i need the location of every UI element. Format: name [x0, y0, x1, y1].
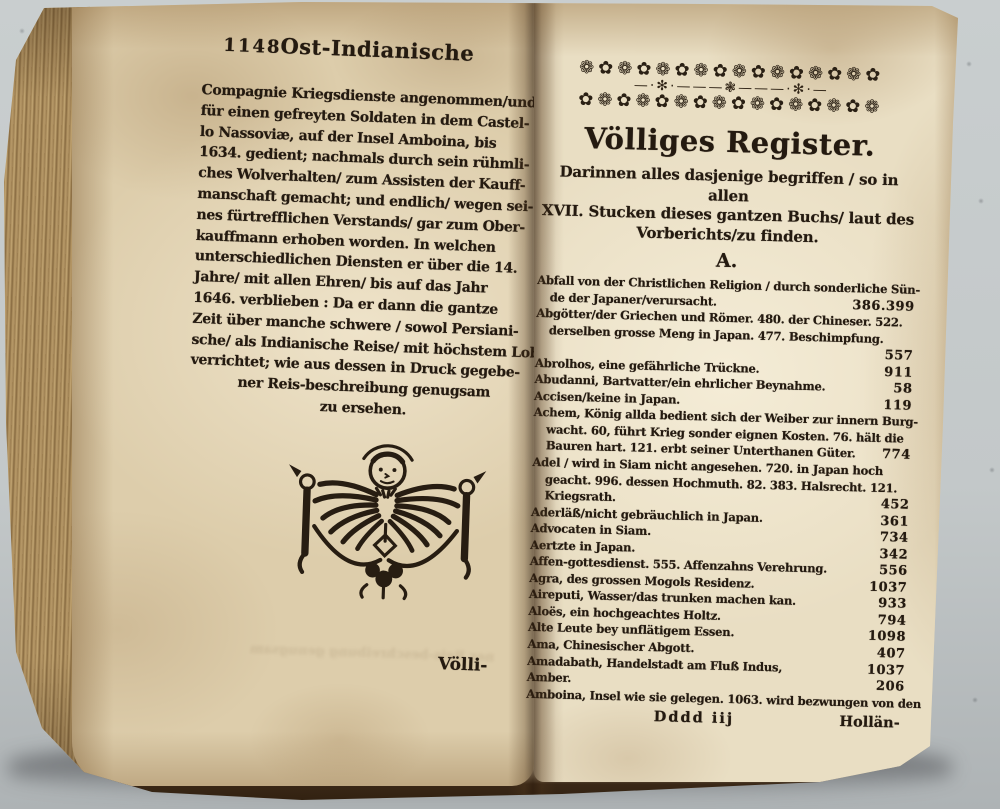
index-entry-text: Ama, Chinesischer Abgott.	[527, 637, 694, 655]
index-page-number: 933	[872, 596, 907, 612]
index-page-number: 119	[877, 398, 912, 414]
index-page-number: 342	[873, 547, 908, 563]
headpiece-ornament: ❁✿❁✿❁✿❁✿❁✿❁✿❁✿❁✿ —·✻·———❃———·✻·— ✿❁✿❁✿❁✿…	[542, 58, 921, 118]
index-entry-text: Advocaten in Siam.	[531, 521, 652, 538]
index-page-number: 206	[870, 679, 905, 695]
index-page-number: 794	[872, 613, 907, 629]
left-body-paragraph: Compagnie Kriegsdienste angenommen/und f…	[189, 80, 550, 426]
index-entry-text: Kriegsrath.	[531, 488, 616, 504]
index-page-number: 1037	[861, 662, 906, 678]
book-photo-scene: 1148 Ost-Indianische Compagnie Kriegsdie…	[0, 0, 1000, 809]
index-entry-text: Aertzte in Japan.	[530, 538, 635, 555]
open-book: 1148 Ost-Indianische Compagnie Kriegsdie…	[2, 2, 960, 804]
index-page-number: 557	[878, 348, 913, 364]
right-page: ❁✿❁✿❁✿❁✿❁✿❁✿❁✿❁✿ —·✻·———❃———·✻·— ✿❁✿❁✿❁✿…	[534, 2, 960, 782]
cherub-tailpiece-icon	[257, 428, 515, 605]
index-page-number: 734	[874, 530, 909, 546]
index-page-number: 386.399	[846, 298, 915, 315]
left-page: 1148 Ost-Indianische Compagnie Kriegsdie…	[72, 2, 534, 786]
index-entry-text: Amber.	[527, 670, 572, 685]
right-page-content: ❁✿❁✿❁✿❁✿❁✿❁✿❁✿❁✿ —·✻·———❃———·✻·— ✿❁✿❁✿❁✿…	[526, 58, 921, 735]
index-page-number: 407	[871, 646, 906, 662]
section-letter: A.	[538, 245, 916, 277]
index-page-number: 556	[873, 563, 908, 579]
index-entry-text: Accisen/keine in Japan.	[534, 389, 680, 407]
index-page-number: 774	[876, 447, 911, 463]
index-page-number: 452	[875, 497, 910, 513]
left-page-number: 1148	[223, 35, 282, 58]
left-catchword: Völli-	[438, 654, 488, 676]
index-page-number: 58	[887, 381, 912, 397]
register-title: Völliges Register.	[540, 120, 919, 164]
signature-mark: Dddd iij	[654, 708, 735, 727]
left-page-content: 1148 Ost-Indianische Compagnie Kriegsdie…	[189, 30, 552, 426]
index-page-number: 911	[878, 365, 913, 381]
index-list: Abfall von der Christlichen Religion / d…	[526, 273, 915, 713]
right-catchword: Hollän-	[839, 713, 900, 732]
left-running-head: 1148 Ost-Indianische	[203, 30, 552, 74]
index-page-number: 1098	[862, 629, 907, 645]
register-subtitle: Darinnen alles dasjenige begriffen / so …	[538, 162, 918, 250]
index-page-number: 361	[874, 513, 909, 529]
index-page-number: 1037	[863, 579, 908, 595]
